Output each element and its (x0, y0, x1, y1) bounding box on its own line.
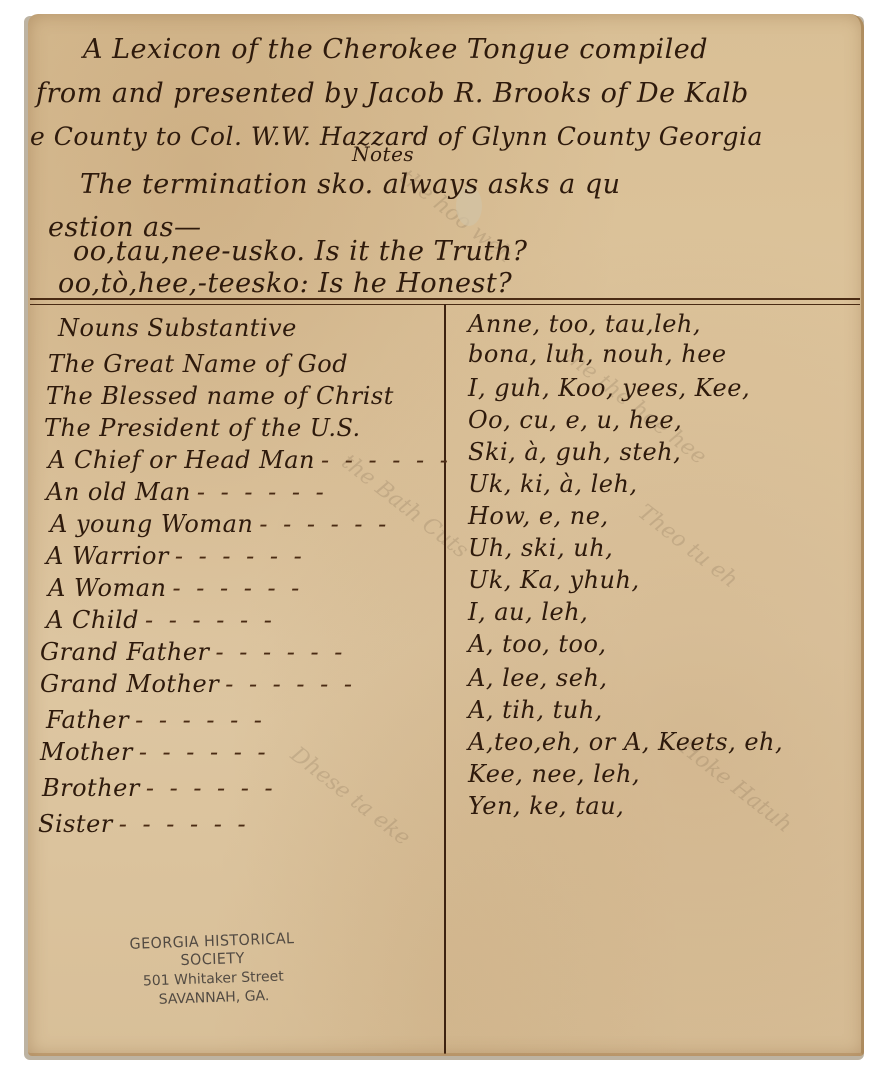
entry-english: Father (46, 706, 129, 734)
horizontal-rule (30, 298, 860, 300)
right-column-item: Oo, cu, e, u, hee, (468, 406, 682, 434)
header-line-2: from and presented by Jacob R. Brooks of… (36, 78, 749, 109)
right-column-item: A, tih, tuh, (468, 696, 603, 724)
column-divider (444, 304, 446, 1054)
archive-stamp: GEORGIA HISTORICAL SOCIETY 501 Whitaker … (97, 928, 329, 1010)
entry-english: The Blessed name of Christ (46, 382, 394, 410)
right-column-item: A, too, too, (468, 630, 607, 658)
right-column-item: Uk, ki, à, leh, (468, 470, 638, 498)
header-line-5: The termination sko. always asks a qu (80, 169, 621, 200)
dash-leader: - - - - - - (139, 738, 270, 766)
left-column-item: The President of the U.S. (44, 414, 361, 442)
right-column-item: A,teo,eh, or A, Keets, eh, (468, 728, 783, 756)
right-column-item: Ski, à, guh, steh, (468, 438, 681, 466)
left-column-item: The Great Name of God (48, 350, 348, 378)
right-column-item: bona, luh, nouh, hee (468, 340, 727, 368)
left-column-item: The Blessed name of Christ (46, 382, 394, 410)
dash-leader: - - - - - - (225, 670, 356, 698)
dash-leader: - - - - - - (172, 574, 303, 602)
dash-leader: - - - - - - (119, 810, 250, 838)
right-column-item: Uk, Ka, yhuh, (468, 566, 640, 594)
dash-leader: - - - - - - (145, 606, 276, 634)
left-column-item: A Warrior- - - - - - (46, 542, 306, 570)
entry-english: A young Woman (50, 510, 253, 538)
left-column-item: A young Woman- - - - - - (50, 510, 390, 538)
left-column-item: A Woman- - - - - - (48, 574, 303, 602)
right-column-item: Yen, ke, tau, (468, 792, 624, 820)
dash-leader: - - - - - - (259, 510, 390, 538)
right-column-item: I, au, leh, (468, 598, 588, 626)
left-column-item: Grand Mother- - - - - - (40, 670, 356, 698)
bleed-through-text: Theo tu eh (633, 500, 742, 593)
dash-leader: - - - - - - (135, 706, 266, 734)
header-line-1: A Lexicon of the Cherokee Tongue compile… (83, 34, 708, 65)
right-column-item: Uh, ski, uh, (468, 534, 613, 562)
entry-english: Grand Mother (40, 670, 219, 698)
left-column-item: Father- - - - - - (46, 706, 266, 734)
dash-leader: - - - - - - (175, 542, 306, 570)
left-column-item: Grand Father- - - - - - (40, 638, 346, 666)
entry-english: A Child (46, 606, 139, 634)
right-column-item: A, lee, seh, (468, 664, 608, 692)
example-line-1: oo,tau,nee-usko. Is it the Truth? (73, 236, 528, 267)
left-column-item: A Child- - - - - - (46, 606, 276, 634)
example-line-2: oo,tò,hee,-teesko: Is he Honest? (58, 268, 512, 299)
right-column-item: Anne, too, tau,leh, (468, 310, 701, 338)
left-column-item: A Chief or Head Man- - - - - - (48, 446, 452, 474)
dash-leader: - - - - - - (216, 638, 347, 666)
entry-english: An old Man (46, 478, 191, 506)
entry-english: Mother (40, 738, 133, 766)
left-column-item: Sister- - - - - - (38, 810, 250, 838)
bleed-through-text: Dhese ta eke (286, 742, 415, 851)
entry-english: Grand Father (40, 638, 210, 666)
entry-english: Sister (38, 810, 113, 838)
manuscript-page: the the hoe hee Theo tu eh the Bath Cuts… (28, 14, 864, 1056)
notes-heading: Notes (352, 142, 414, 166)
entry-english: Brother (42, 774, 140, 802)
dash-leader: - - - - - - (197, 478, 328, 506)
right-column-item: Kee, nee, leh, (468, 760, 640, 788)
left-column-item: Mother- - - - - - (40, 738, 270, 766)
stamp-line-1: GEORGIA HISTORICAL SOCIETY (103, 928, 323, 972)
right-column-item: I, guh, Koo, yees, Kee, (468, 374, 750, 402)
entry-english: A Warrior (46, 542, 169, 570)
dash-leader: - - - - - - (321, 446, 452, 474)
entry-english: The President of the U.S. (44, 414, 361, 442)
left-column-item: An old Man- - - - - - (46, 478, 328, 506)
entry-english: A Chief or Head Man (48, 446, 315, 474)
entry-english: The Great Name of God (48, 350, 348, 378)
left-column-item: Brother- - - - - - (42, 774, 277, 802)
right-column-item: How, e, ne, (468, 502, 609, 530)
left-column-heading: Nouns Substantive (58, 314, 297, 342)
entry-english: A Woman (48, 574, 166, 602)
dash-leader: - - - - - - (146, 774, 277, 802)
